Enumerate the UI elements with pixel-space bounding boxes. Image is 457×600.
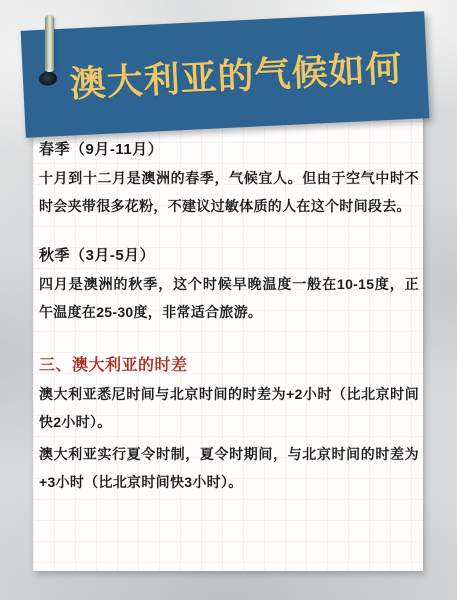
timezone-paragraph-1: 澳大利亚悉尼时间与北京时间的时差为+2小时（比北京时间快2小时）。 — [39, 380, 419, 436]
spring-section-heading: 春季（9月-11月） — [39, 136, 419, 164]
timezone-section-heading: 三、澳大利亚的时差 — [39, 352, 419, 380]
content-card: 春季（9月-11月） 十月到十二月是澳洲的春季，气候宜人。但由于空气中时不时会夹… — [33, 100, 423, 571]
autumn-section-body: 四月是澳洲的秋季，这个时候早晚温度一般在10-15度，正午温度在25-30度，非… — [39, 270, 419, 326]
spring-section-body: 十月到十二月是澳洲的春季，气候宜人。但由于空气中时不时会夹带很多花粉，不建议过敏… — [39, 164, 419, 220]
timezone-paragraph-2: 澳大利亚实行夏令时制，夏令时期间，与北京时间的时差为+3小时（比北京时间快3小时… — [39, 440, 419, 496]
title-banner: 澳大利亚的气候如何 — [21, 11, 430, 138]
autumn-section-heading: 秋季（3月-5月） — [39, 242, 419, 270]
poster-background: 春季（9月-11月） 十月到十二月是澳洲的春季，气候宜人。但由于空气中时不时会夹… — [0, 0, 457, 600]
page-title: 澳大利亚的气候如何 — [46, 40, 403, 108]
pin-icon — [45, 15, 54, 72]
